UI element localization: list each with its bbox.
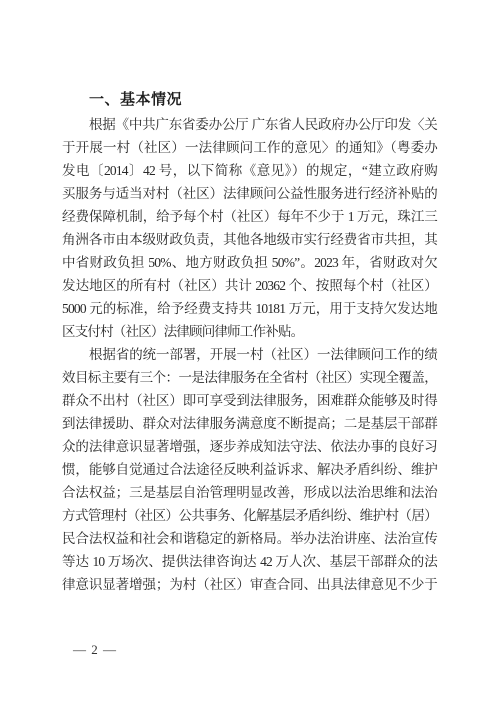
text-line: 效目标主要有三个：一是法律服务在全省村（社区）实现全覆盖， bbox=[62, 366, 437, 389]
text-line: 角洲各市由本级财政负责，其他各地级市实行经费省市共担，其 bbox=[62, 228, 437, 251]
text-line: 根据《中共广东省委办公厅 广东省人民政府办公厅印发〈关 bbox=[62, 113, 437, 136]
text-line: 等达 10 万场次、提供法律咨询达 42 万人次、基层干部群众的法 bbox=[62, 550, 437, 573]
text-line: 群众不出村（社区）即可享受到法律服务，困难群众能够及时得 bbox=[62, 389, 437, 412]
text-line: 于开展一村（社区）一法律顾问工作的意见〉的通知》（粤委办 bbox=[62, 136, 437, 159]
text-line: 众的法律意识显著增强，逐步养成知法守法、依法办事的良好习 bbox=[62, 435, 437, 458]
text-line: 律意识显著增强；为村（社区）审查合同、出具法律意见不少于 bbox=[62, 573, 437, 596]
text-line: 经费保障机制，给予每个村（社区）每年不少于 1 万元，珠江三 bbox=[62, 205, 437, 228]
document-body: 一、基本情况 根据《中共广东省委办公厅 广东省人民政府办公厅印发〈关 于开展一村… bbox=[62, 87, 437, 596]
text-line: 5000 元的标准，给予经费支持共 10181 万元，用于支持欠发达地 bbox=[62, 297, 437, 320]
section-heading: 一、基本情况 bbox=[62, 87, 437, 113]
text-line: 发达地区的所有村（社区）共计 20362 个、按照每个村（社区） bbox=[62, 274, 437, 297]
text-line: 发电〔2014〕42 号，以下简称《意见》）的规定，“建立政府购 bbox=[62, 159, 437, 182]
text-line: 惯，能够自觉通过合法途径反映利益诉求、解决矛盾纠纷、维护 bbox=[62, 458, 437, 481]
text-line: 中省财政负担 50%、地方财政负担 50%”。2023 年，省财政对欠 bbox=[62, 251, 437, 274]
text-line: 根据省的统一部署，开展一村（社区）一法律顾问工作的绩 bbox=[62, 343, 437, 366]
document-page: 一、基本情况 根据《中共广东省委办公厅 广东省人民政府办公厅印发〈关 于开展一村… bbox=[0, 0, 500, 707]
text-line: 民合法权益和社会和谐稳定的新格局。举办法治讲座、法治宣传 bbox=[62, 527, 437, 550]
text-line: 区支付村（社区）法律顾问律师工作补贴。 bbox=[62, 320, 437, 343]
text-line: 方式管理村（社区）公共事务、化解基层矛盾纠纷、维护村（居） bbox=[62, 504, 437, 527]
text-line: 到法律援助、群众对法律服务满意度不断提高；二是基层干部群 bbox=[62, 412, 437, 435]
text-line: 买服务与适当对村（社区）法律顾问公益性服务进行经济补贴的 bbox=[62, 182, 437, 205]
text-line: 合法权益；三是基层自治管理明显改善，形成以法治思维和法治 bbox=[62, 481, 437, 504]
page-number: — 2 — bbox=[73, 642, 117, 658]
